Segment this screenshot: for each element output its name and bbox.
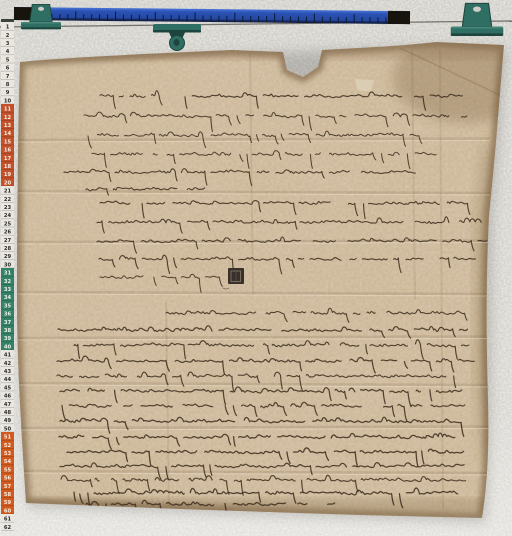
tape-number: 42 [4, 361, 12, 367]
tape-number: 3 [6, 41, 10, 47]
tape-number: 10 [4, 98, 12, 104]
tape-number: 9 [6, 90, 10, 96]
tape-number: 8 [6, 82, 10, 88]
tape-number: 40 [4, 344, 12, 350]
photo-stage: 1234567891011121314151617181920212223242… [0, 0, 512, 536]
tape-number: 54 [4, 459, 12, 465]
tape-number: 58 [4, 492, 12, 498]
tape-number: 44 [4, 377, 12, 383]
tape-number: 30 [4, 262, 12, 268]
clip-handle-hole [473, 6, 481, 11]
tape-number: 18 [4, 164, 12, 170]
tape-number: 19 [4, 172, 12, 178]
abrasion-patch [355, 79, 374, 92]
tape-number: 21 [4, 189, 12, 195]
tape-number: 11 [4, 107, 12, 113]
archival-manuscript-photo: 1234567891011121314151617181920212223242… [0, 0, 512, 536]
tape-number: 47 [4, 402, 12, 408]
tape-number: 29 [4, 254, 12, 260]
tape-number: 62 [4, 525, 12, 531]
manuscript-paper [17, 33, 512, 518]
tape-number: 20 [4, 180, 12, 186]
tape-number: 14 [4, 131, 12, 137]
tape-number: 22 [4, 197, 12, 203]
vertical-measuring-tape: 1234567891011121314151617181920212223242… [1, 19, 14, 531]
tape-number: 16 [4, 148, 12, 154]
tape-number: 43 [4, 369, 12, 375]
tape-number: 61 [4, 517, 12, 523]
tape-number: 46 [4, 394, 12, 400]
tape-number: 17 [4, 156, 12, 162]
tape-number: 24 [4, 213, 12, 219]
tape-number: 34 [4, 295, 12, 301]
tape-number: 49 [4, 418, 12, 424]
tape-number: 52 [4, 443, 12, 449]
tape-number: 33 [4, 287, 12, 293]
tape-number: 5 [6, 57, 10, 63]
tape-number: 13 [4, 123, 12, 129]
tape-number: 26 [4, 230, 12, 236]
tape-number: 28 [4, 246, 12, 252]
tape-number: 51 [4, 435, 12, 441]
tape-number: 6 [6, 66, 10, 72]
tape-number: 50 [4, 426, 12, 432]
tape-number: 1 [6, 25, 10, 31]
tape-number: 41 [4, 353, 12, 359]
tape-number: 4 [6, 49, 10, 55]
tape-number: 60 [4, 508, 12, 514]
tape-number: 15 [4, 139, 12, 145]
tape-number: 25 [4, 221, 12, 227]
tape-number: 45 [4, 385, 12, 391]
tape-number: 38 [4, 328, 12, 334]
tape-number: 59 [4, 500, 12, 506]
tape-number: 36 [4, 312, 12, 318]
tape-number: 39 [4, 336, 12, 342]
tape-number: 57 [4, 484, 12, 490]
tape-number: 32 [4, 279, 12, 285]
tape-number: 12 [4, 115, 12, 121]
tape-number: 55 [4, 467, 12, 473]
ruler-right-cap [388, 11, 410, 24]
tape-number: 23 [4, 205, 12, 211]
clip-handle-hole [38, 7, 44, 11]
tape-number: 48 [4, 410, 12, 416]
tape-number: 27 [4, 238, 12, 244]
tape-number: 53 [4, 451, 12, 457]
tape-number: 56 [4, 476, 12, 482]
tape-number: 35 [4, 303, 12, 309]
tape-number: 2 [6, 33, 10, 39]
tape-number: 37 [4, 320, 12, 326]
tape-number: 31 [4, 271, 12, 277]
tape-number: 7 [6, 74, 10, 80]
